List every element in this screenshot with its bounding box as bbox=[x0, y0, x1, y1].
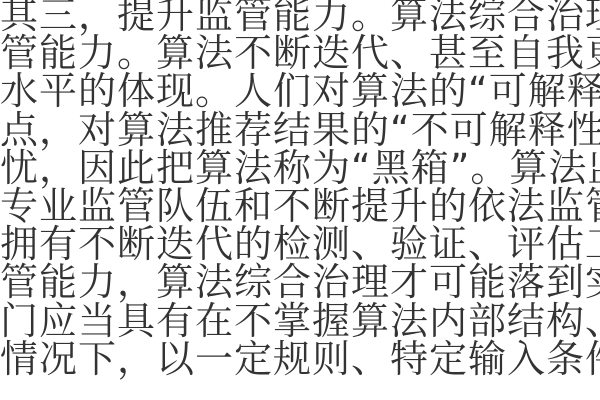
document-page: 其三，提升监管能力。算法综合治理需要专业监 管能力。算法不断迭代、甚至自我更新是… bbox=[0, 0, 600, 400]
paragraph-line-4: 点，对算法推荐结果的“不可解释性”也有深深担 bbox=[0, 111, 600, 149]
paragraph-line-6: 专业监管队伍和不断提升的依法监管能力，还需 bbox=[0, 187, 600, 225]
paragraph-line-8: 管能力，算法综合治理才可能落到实处。监管部 bbox=[0, 263, 600, 301]
paragraph-line-5: 忧，因此把算法称为“黑箱”。算法监管不仅需要 bbox=[0, 149, 600, 187]
paragraph-line-3: 水平的体现。人们对算法的“可解释性”有多种观 bbox=[0, 72, 600, 110]
paragraph-line-9: 门应当具有在不掌握算法内部结构、核心内容的 bbox=[0, 302, 600, 340]
article-paragraph: 其三，提升监管能力。算法综合治理需要专业监 管能力。算法不断迭代、甚至自我更新是… bbox=[0, 0, 600, 378]
paragraph-line-10: 情况下，以一定规则、特定输入条件，输出结果 bbox=[0, 340, 600, 378]
paragraph-line-7: 拥有不断迭代的检测、验证、评估工具和技术监 bbox=[0, 225, 600, 263]
paragraph-line-2: 管能力。算法不断迭代、甚至自我更新是其智能 bbox=[0, 34, 600, 72]
paragraph-line-1: 其三，提升监管能力。算法综合治理需要专业监 bbox=[0, 0, 600, 34]
